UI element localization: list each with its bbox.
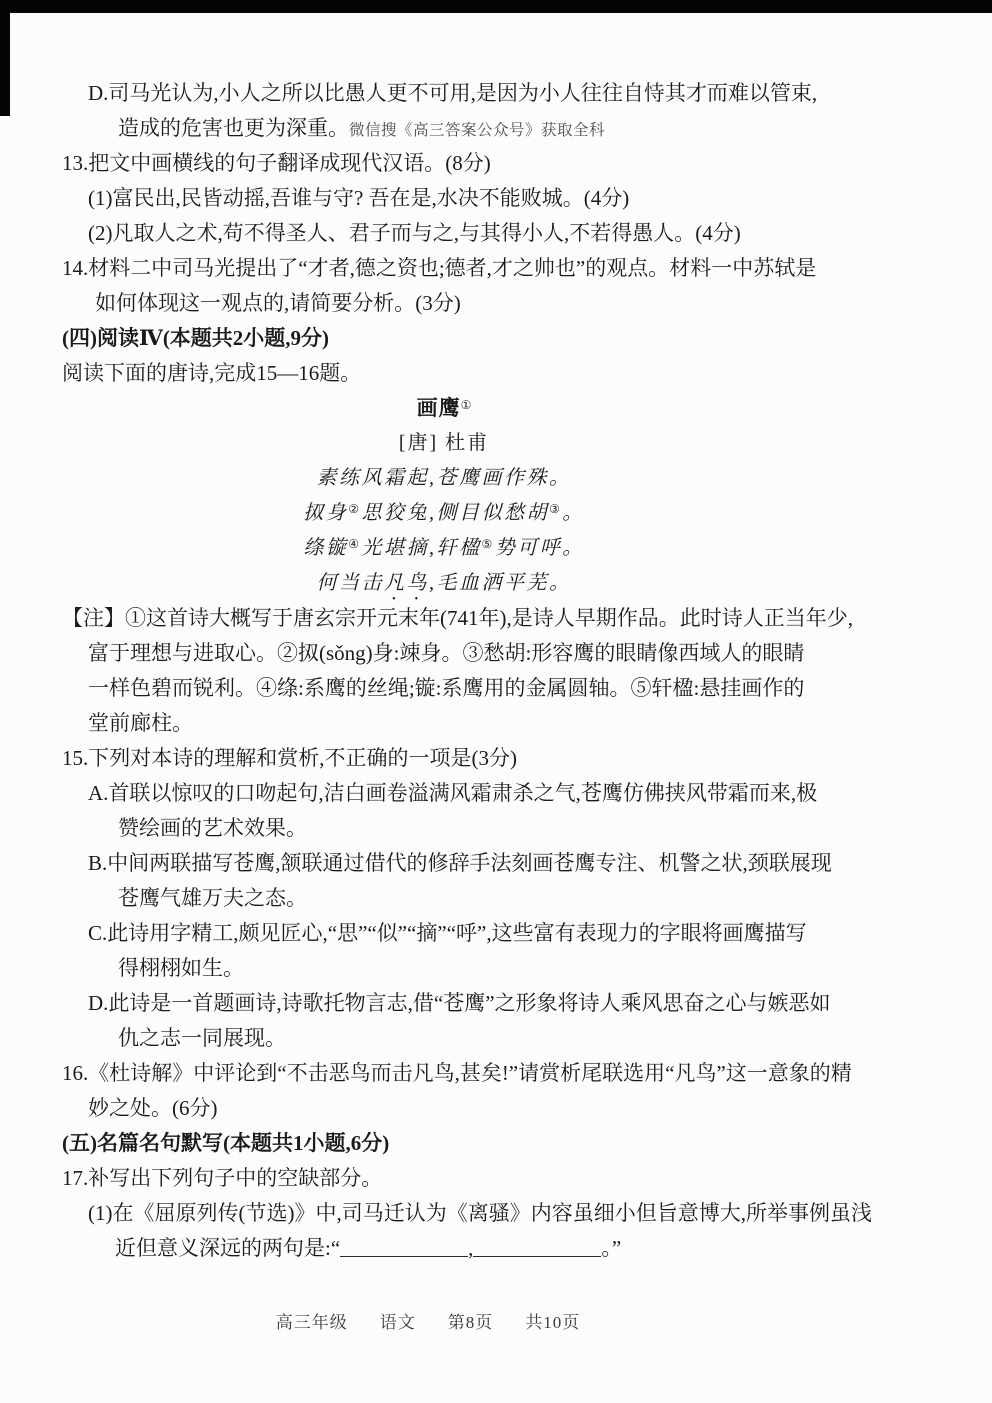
question17-blank-suffix: 。” — [601, 1236, 621, 1260]
footer-grade: 高三年级 — [276, 1313, 348, 1332]
question17-stem: 17.补写出下列句子中的空缺部分。 — [62, 1161, 942, 1196]
poem-line-1: 素练风霜起,苍鹰画作殊。 — [4, 461, 884, 496]
poem-note-ref-5: ⑤ — [482, 537, 495, 551]
question15-option-c-line2: 得栩栩如生。 — [62, 951, 942, 986]
question17-item1-line2: 近但意义深远的两句是:“,。” — [62, 1231, 942, 1266]
poem-emphasized-words: 凡鸟 — [384, 572, 429, 594]
question16-line1: 16.《杜诗解》中评论到“不击恶鸟而击凡鸟,甚矣!”请赏析尾联选用“凡鸟”这一意… — [62, 1056, 942, 1091]
poem-title: 画鹰 — [417, 396, 461, 420]
question13-item1: (1)富民出,民皆动摇,吾谁与守? 吾在是,水决不能败城。(4分) — [62, 181, 942, 216]
question15-option-d-line1: D.此诗是一首题画诗,诗歌托物言志,借“苍鹰”之形象将诗人乘风思奋之心与嫉恶如 — [62, 986, 942, 1021]
poem-note-ref-3: ③ — [549, 502, 562, 516]
poem-line-3: 绦镟④光堪摘,轩楹⑤势可呼。 — [4, 531, 884, 566]
poem-notes-line1: 【注】①这首诗大概写于唐玄宗开元末年(741年),是诗人早期作品。此时诗人正当年… — [62, 601, 942, 636]
poem-line-4: 何当击凡鸟,毛血洒平芜。 — [4, 566, 884, 601]
question13-stem: 13.把文中画横线的句子翻译成现代汉语。(8分) — [62, 146, 942, 181]
question12-option-d-line1: D.司马光认为,小人之所以比愚人更不可用,是因为小人往往自恃其才而难以管束, — [62, 76, 942, 111]
poem-title-line: 画鹰① — [4, 391, 884, 426]
question12-option-d-line2: 造成的危害也更为深重。微信搜《高三答案公众号》获取全科 — [62, 111, 942, 146]
poem-line-3-seg3: 势可呼。 — [495, 537, 585, 559]
poem-line-4-seg1: 何当击 — [317, 572, 385, 594]
question16-line2: 妙之处。(6分) — [62, 1091, 942, 1126]
section5-header: (五)名篇名句默写(本题共1小题,6分) — [62, 1126, 942, 1161]
question15-option-a-line2: 赞绘画的艺术效果。 — [62, 811, 942, 846]
page-footer: 高三年级语文第8页共10页 — [0, 1308, 924, 1333]
poem-line-3-seg1: 绦镟 — [303, 537, 348, 559]
answer-blank-1 — [340, 1238, 468, 1257]
question15-option-b-line2: 苍鹰气雄万夫之态。 — [62, 881, 942, 916]
poem-line-2: 㧐身②思狡兔,侧目似愁胡③。 — [4, 496, 884, 531]
poem-notes-line2: 富于理想与进取心。②㧐(sǒng)身:竦身。③愁胡:形容鹰的眼睛像西域人的眼睛 — [62, 636, 942, 671]
section4-intro: 阅读下面的唐诗,完成15—16题。 — [62, 356, 942, 391]
poem-line-2-seg1: 㧐身 — [303, 502, 348, 524]
section4-header: (四)阅读Ⅳ(本题共2小题,9分) — [62, 321, 942, 356]
question15-option-c-line1: C.此诗用字精工,颇见匠心,“思”“似”“摘”“呼”,这些富有表现力的字眼将画鹰… — [62, 916, 942, 951]
poem-note-ref-4: ④ — [348, 537, 361, 551]
poem-author: [唐] 杜甫 — [4, 426, 884, 461]
poem-line-2-seg2: 思狡兔,侧目似愁胡 — [362, 502, 550, 524]
footer-total-pages: 共10页 — [525, 1313, 580, 1332]
poem-note-ref-2: ② — [348, 502, 361, 516]
wechat-watermark: 微信搜《高三答案公众号》获取全科 — [349, 122, 605, 139]
poem-notes-line4: 堂前廊柱。 — [62, 706, 942, 741]
poem-line-3-seg2: 光堪摘,轩楹 — [362, 537, 482, 559]
exam-content: D.司马光认为,小人之所以比愚人更不可用,是因为小人往往自恃其才而难以管束, 造… — [62, 76, 942, 1266]
question17-blank-prefix: 近但意义深远的两句是:“ — [115, 1236, 340, 1260]
poem-title-note-ref: ① — [461, 398, 472, 412]
question14-line1: 14.材料二中司马光提出了“才者,德之资也;德者,才之帅也”的观点。材料一中苏轼… — [62, 251, 942, 286]
question15-stem: 15.下列对本诗的理解和赏析,不正确的一项是(3分) — [62, 741, 942, 776]
question17-item1-line1: (1)在《屈原列传(节选)》中,司马迁认为《离骚》内容虽细小但旨意博大,所举事例… — [62, 1196, 942, 1231]
footer-subject: 语文 — [380, 1313, 416, 1332]
poem-line-4-seg2: ,毛血洒平芜。 — [429, 572, 572, 594]
footer-page-number: 第8页 — [448, 1313, 494, 1332]
scan-black-edge-top — [0, 0, 992, 13]
question14-line2: 如何体现这一观点的,请简要分析。(3分) — [62, 286, 942, 321]
question15-option-a-line1: A.首联以惊叹的口吻起句,洁白画卷溢满风霜肃杀之气,苍鹰仿佛挟风带霜而来,极 — [62, 776, 942, 811]
exam-page-scan: D.司马光认为,小人之所以比愚人更不可用,是因为小人往往自恃其才而难以管束, 造… — [0, 0, 992, 1403]
question15-option-b-line1: B.中间两联描写苍鹰,颔联通过借代的修辞手法刻画苍鹰专注、机警之状,颈联展现 — [62, 846, 942, 881]
question15-option-d-line2: 仇之志一同展现。 — [62, 1021, 942, 1056]
scan-black-edge-left — [0, 0, 10, 116]
answer-blank-2 — [473, 1238, 601, 1257]
poem-line-2-seg3: 。 — [562, 502, 585, 524]
question13-item2: (2)凡取人之术,苟不得圣人、君子而与之,与其得小人,不若得愚人。(4分) — [62, 216, 942, 251]
poem-notes-line3: 一样色碧而锐利。④绦:系鹰的丝绳;镟:系鹰用的金属圆轴。⑤轩楹:悬挂画作的 — [62, 671, 942, 706]
option-d-continuation: 造成的危害也更为深重。 — [118, 116, 349, 140]
